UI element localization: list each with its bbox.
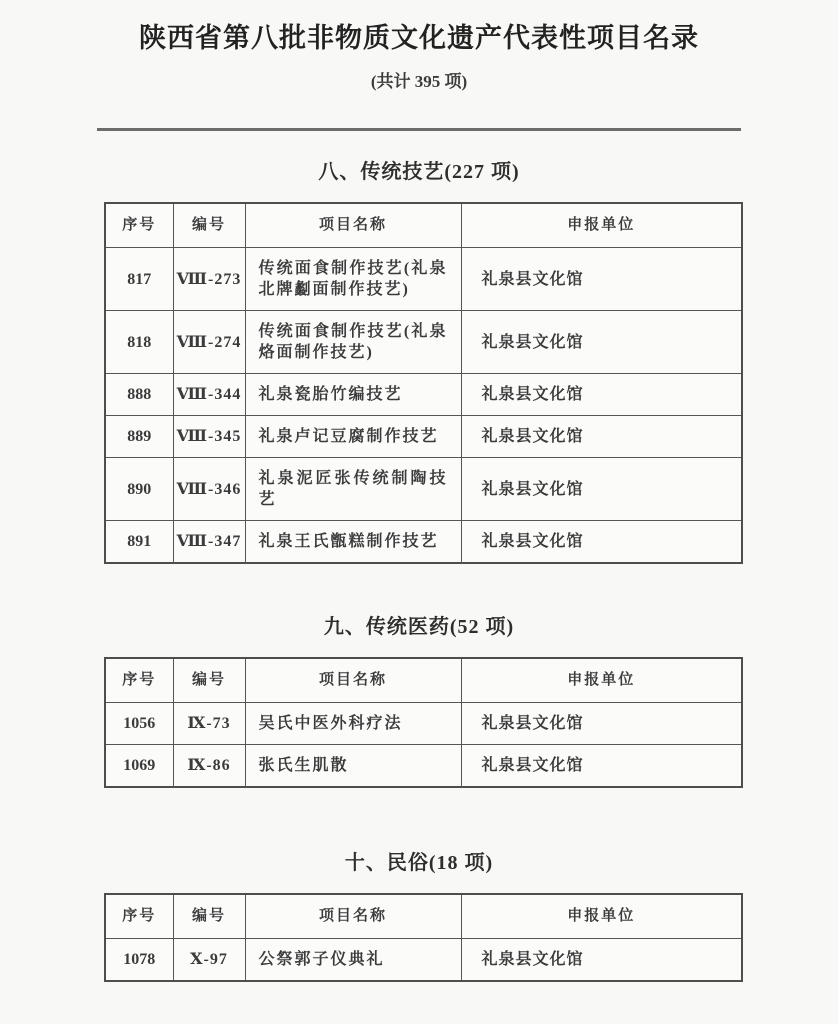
table-row: 1078 Ⅹ-97 公祭郭子仪典礼 礼泉县文化馆	[105, 939, 742, 982]
column-header-name: 项目名称	[245, 203, 461, 248]
cell-code: Ⅷ-345	[173, 416, 245, 458]
traditional-medicine-table: 序号 编号 项目名称 申报单位 1056 Ⅸ-73 吴氏中医外科疗法 礼泉县文化…	[104, 657, 743, 788]
cell-code: Ⅷ-346	[173, 458, 245, 521]
column-header-seq: 序号	[105, 658, 173, 703]
table-row: 891 Ⅷ-347 礼泉王氏甑糕制作技艺 礼泉县文化馆	[105, 521, 742, 564]
cell-name: 公祭郭子仪典礼	[245, 939, 461, 982]
cell-unit: 礼泉县文化馆	[461, 458, 742, 521]
folk-customs-table: 序号 编号 项目名称 申报单位 1078 Ⅹ-97 公祭郭子仪典礼 礼泉县文化馆	[104, 893, 743, 982]
cell-name: 礼泉卢记豆腐制作技艺	[245, 416, 461, 458]
cell-name: 吴氏中医外科疗法	[245, 703, 461, 745]
cell-unit: 礼泉县文化馆	[461, 521, 742, 564]
cell-unit: 礼泉县文化馆	[461, 939, 742, 982]
traditional-crafts-table: 序号 编号 项目名称 申报单位 817 Ⅷ-273 传统面食制作技艺(礼泉北牌劙…	[104, 202, 743, 564]
cell-unit: 礼泉县文化馆	[461, 374, 742, 416]
table-row: 818 Ⅷ-274 传统面食制作技艺(礼泉烙面制作技艺) 礼泉县文化馆	[105, 311, 742, 374]
cell-unit: 礼泉县文化馆	[461, 248, 742, 311]
cell-seq: 1056	[105, 703, 173, 745]
cell-name: 传统面食制作技艺(礼泉北牌劙面制作技艺)	[245, 248, 461, 311]
column-header-seq: 序号	[105, 894, 173, 939]
cell-code: Ⅸ-86	[173, 745, 245, 788]
cell-code: Ⅷ-273	[173, 248, 245, 311]
section-heading-traditional-crafts: 八、传统技艺(227 项)	[0, 155, 838, 184]
table-header-row: 序号 编号 项目名称 申报单位	[105, 658, 742, 703]
cell-code: Ⅸ-73	[173, 703, 245, 745]
cell-seq: 817	[105, 248, 173, 311]
section-heading-folk-customs: 十、民俗(18 项)	[0, 846, 838, 875]
cell-unit: 礼泉县文化馆	[461, 416, 742, 458]
column-header-unit: 申报单位	[461, 203, 742, 248]
column-header-name: 项目名称	[245, 894, 461, 939]
cell-name: 礼泉泥匠张传统制陶技艺	[245, 458, 461, 521]
horizontal-divider	[97, 128, 741, 131]
column-header-unit: 申报单位	[461, 658, 742, 703]
cell-name: 传统面食制作技艺(礼泉烙面制作技艺)	[245, 311, 461, 374]
table-row: 817 Ⅷ-273 传统面食制作技艺(礼泉北牌劙面制作技艺) 礼泉县文化馆	[105, 248, 742, 311]
table-row: 888 Ⅷ-344 礼泉瓷胎竹编技艺 礼泉县文化馆	[105, 374, 742, 416]
cell-code: Ⅷ-347	[173, 521, 245, 564]
cell-seq: 1069	[105, 745, 173, 788]
cell-seq: 818	[105, 311, 173, 374]
cell-code: Ⅷ-274	[173, 311, 245, 374]
column-header-unit: 申报单位	[461, 894, 742, 939]
column-header-code: 编号	[173, 658, 245, 703]
column-header-code: 编号	[173, 894, 245, 939]
page-subtitle: (共计 395 项)	[0, 67, 838, 92]
cell-seq: 1078	[105, 939, 173, 982]
cell-name: 张氏生肌散	[245, 745, 461, 788]
cell-seq: 890	[105, 458, 173, 521]
table-row: 890 Ⅷ-346 礼泉泥匠张传统制陶技艺 礼泉县文化馆	[105, 458, 742, 521]
table-row: 1069 Ⅸ-86 张氏生肌散 礼泉县文化馆	[105, 745, 742, 788]
cell-code: Ⅹ-97	[173, 939, 245, 982]
column-header-code: 编号	[173, 203, 245, 248]
cell-unit: 礼泉县文化馆	[461, 311, 742, 374]
table-header-row: 序号 编号 项目名称 申报单位	[105, 203, 742, 248]
document-page: 陕西省第八批非物质文化遗产代表性项目名录 (共计 395 项) 八、传统技艺(2…	[0, 0, 838, 1024]
column-header-seq: 序号	[105, 203, 173, 248]
page-title: 陕西省第八批非物质文化遗产代表性项目名录	[0, 0, 838, 55]
cell-seq: 888	[105, 374, 173, 416]
table-row: 1056 Ⅸ-73 吴氏中医外科疗法 礼泉县文化馆	[105, 703, 742, 745]
section-heading-traditional-medicine: 九、传统医药(52 项)	[0, 610, 838, 639]
cell-code: Ⅷ-344	[173, 374, 245, 416]
cell-seq: 889	[105, 416, 173, 458]
table-row: 889 Ⅷ-345 礼泉卢记豆腐制作技艺 礼泉县文化馆	[105, 416, 742, 458]
table-header-row: 序号 编号 项目名称 申报单位	[105, 894, 742, 939]
cell-seq: 891	[105, 521, 173, 564]
cell-unit: 礼泉县文化馆	[461, 745, 742, 788]
cell-name: 礼泉瓷胎竹编技艺	[245, 374, 461, 416]
cell-unit: 礼泉县文化馆	[461, 703, 742, 745]
column-header-name: 项目名称	[245, 658, 461, 703]
cell-name: 礼泉王氏甑糕制作技艺	[245, 521, 461, 564]
